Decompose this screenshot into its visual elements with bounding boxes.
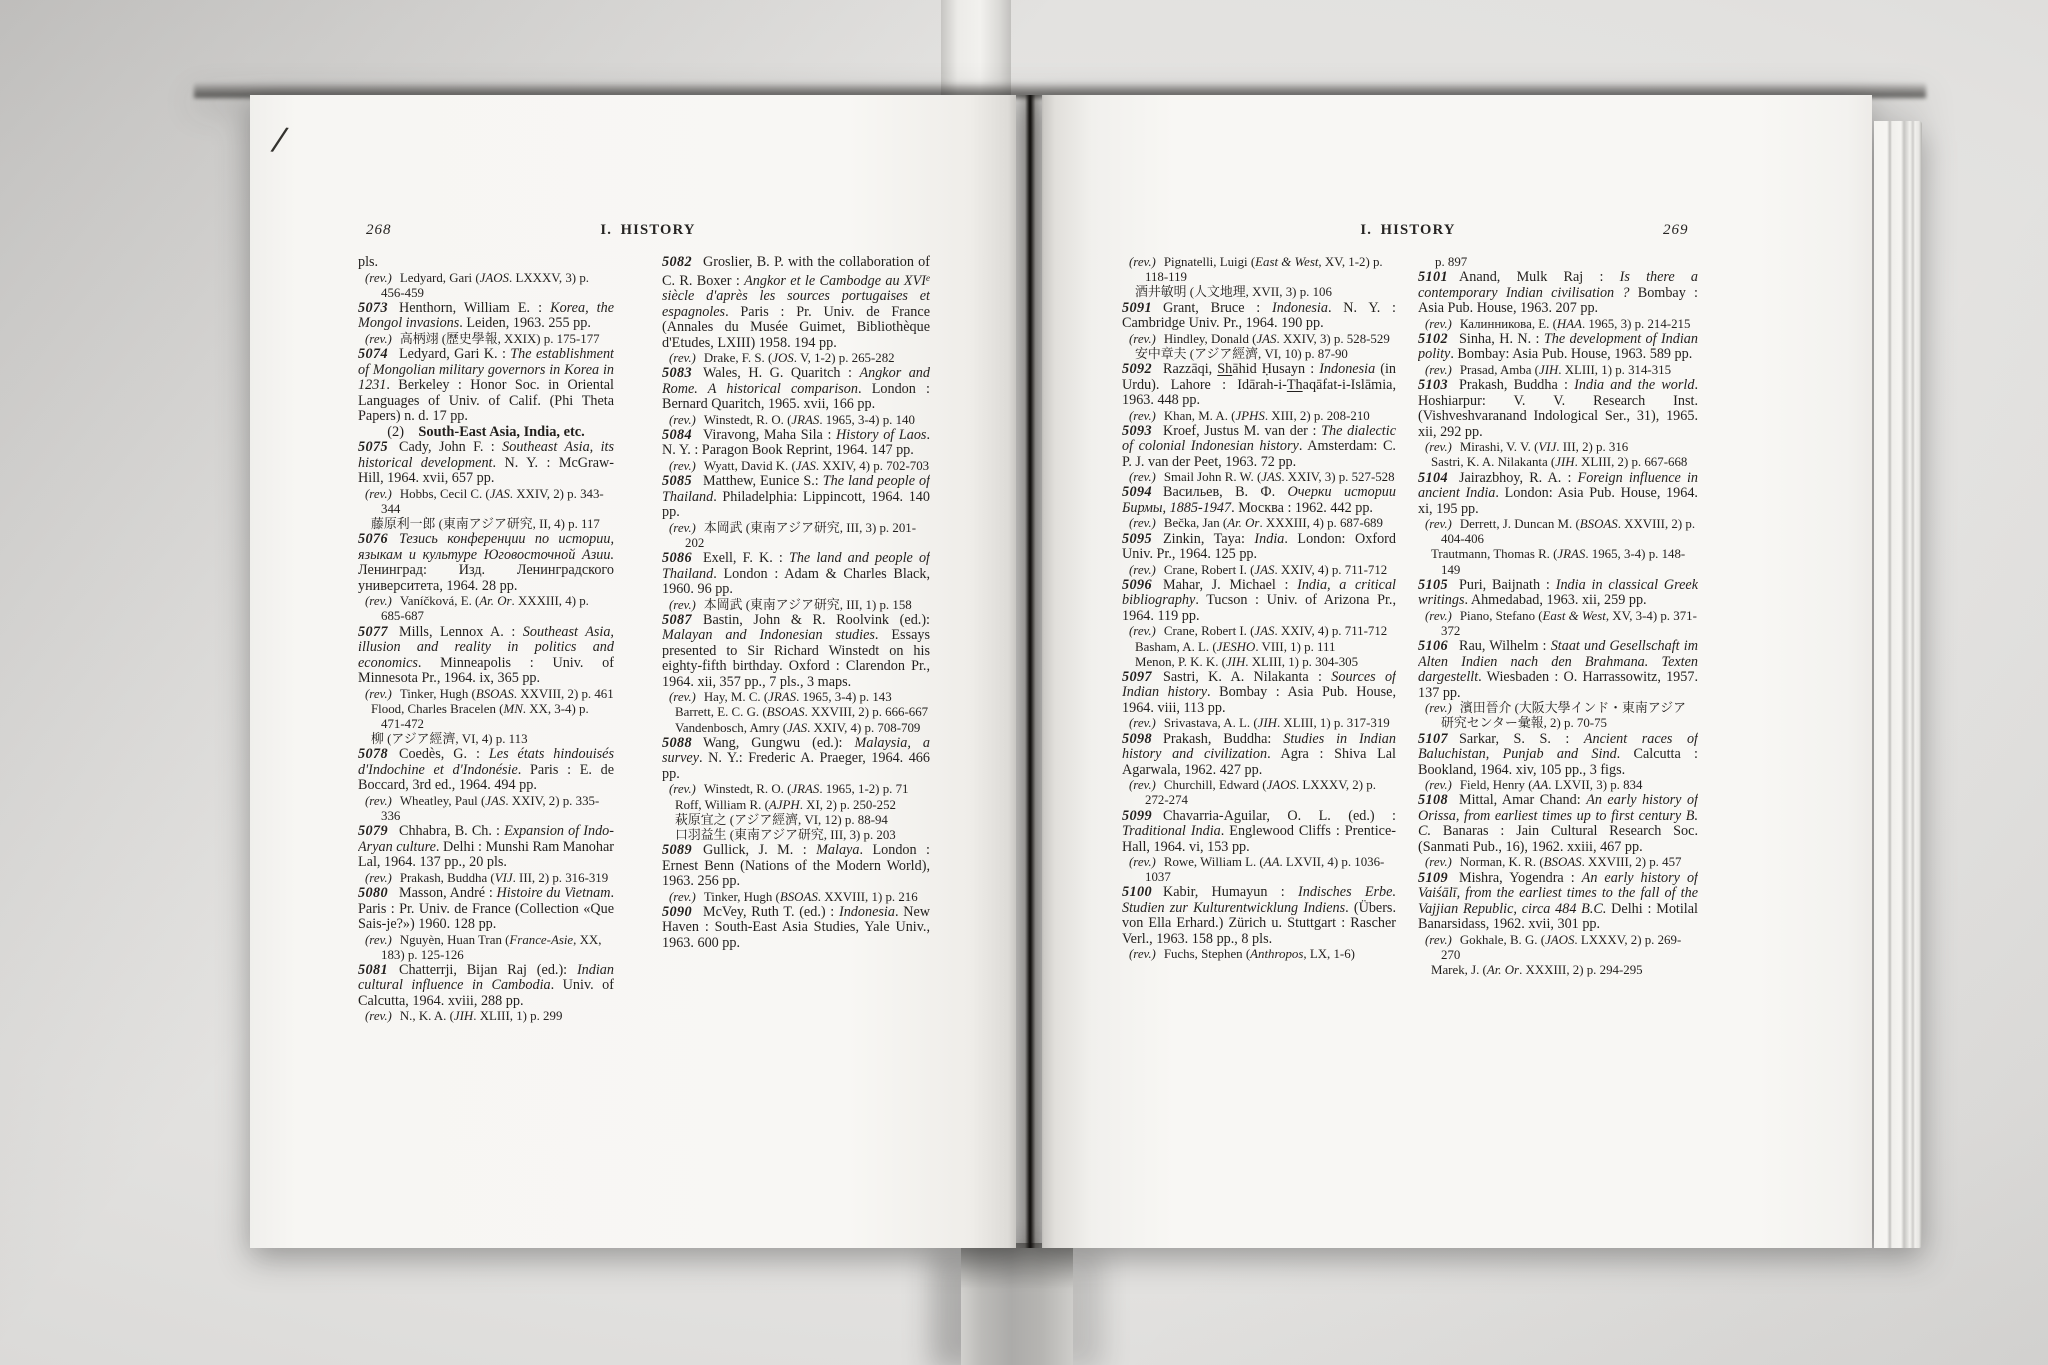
text-run: . 1965, 3) p. 214-215	[1582, 317, 1691, 331]
superscript-text: e	[926, 273, 930, 283]
bib-entry: 5106Rau, Wilhelm : Staat und Gesellschaf…	[1418, 639, 1698, 701]
entry-number: 5083	[662, 365, 692, 381]
text-run: . LXVII, 3) p. 834	[1548, 778, 1642, 792]
text-run: Wheatley, Paul (	[400, 794, 485, 808]
text-run: Ленинград: Изд. Ленинградского университ…	[358, 562, 614, 594]
underlined-text: Th	[1287, 377, 1303, 393]
text-run: , LX, 1-6)	[1303, 947, 1355, 961]
text-run: Ledyard, Gari (	[400, 271, 480, 285]
review-line: (rev.)Srivastava, A. L. (JIH. XLIII, 1) …	[1122, 716, 1396, 731]
page-number-right: 269	[1663, 222, 1689, 239]
text-run: . XXXIII, 4) p. 687-689	[1259, 516, 1383, 530]
rev-label: (rev.)	[1425, 440, 1452, 454]
title-italic: East & West	[1543, 609, 1606, 623]
text-run: . III, 2) p. 316-319	[513, 871, 609, 885]
entry-number: 5094	[1122, 484, 1152, 500]
rev-label: (rev.)	[365, 1009, 392, 1023]
review-line: (rev.)Gokhale, B. G. (JAOS. LXXXV, 2) p.…	[1418, 933, 1698, 963]
text-run: 高柄翊 (歷史學報, XXIX) p. 175-177	[400, 332, 600, 346]
title-italic: JIH	[1258, 716, 1277, 730]
bib-entry: 5094Васильев, В. Ф. Очерки истории Бирмы…	[1122, 485, 1396, 516]
text-run: Drake, F. S. (	[704, 351, 772, 365]
text-run: . 1965, 3-4) p. 143	[796, 690, 892, 704]
review-line-secondary: Barrett, E. C. G. (BSOAS. XXVIII, 2) p. …	[662, 705, 930, 720]
review-line: (rev.)Prasad, Amba (JIH. XLIII, 1) p. 31…	[1418, 363, 1698, 378]
entry-number: 5078	[358, 746, 388, 762]
text-run: Mittal, Amar Chand:	[1459, 792, 1586, 808]
title-italic: HAA	[1557, 317, 1582, 331]
rev-label: (rev.)	[365, 594, 392, 608]
title-italic: JAS	[485, 794, 505, 808]
text-run: 濱田晉介 (大阪大學インド・東南アジア研究センター彙報, 2) p. 70-75	[1441, 701, 1686, 730]
text-run: Prakash, Buddha:	[1163, 731, 1283, 747]
review-line: (rev.)Bečka, Jan (Ar. Or. XXXIII, 4) p. …	[1122, 516, 1396, 531]
rev-label: (rev.)	[669, 890, 696, 904]
review-line: (rev.)N., K. A. (JIH. XLIII, 1) p. 299	[358, 1009, 614, 1024]
review-line: (rev.)Churchill, Edward (JAOS. LXXXV, 2)…	[1122, 778, 1396, 808]
text-run: Srivastava, A. L. (	[1164, 716, 1258, 730]
entry-number: 5076	[358, 531, 388, 547]
rev-label: (rev.)	[365, 871, 392, 885]
entry-number: 5104	[1418, 470, 1448, 486]
title-italic: JAS	[1261, 470, 1281, 484]
bib-entry: 5108Mittal, Amar Chand: An early history…	[1418, 793, 1698, 855]
text-run: Basham, A. L. (	[1135, 640, 1217, 654]
rev-label: (rev.)	[1129, 470, 1156, 484]
text-run: Pignatelli, Luigi (	[1164, 255, 1255, 269]
text-run: Mills, Lennox A. :	[399, 624, 523, 640]
rev-label: (rev.)	[1129, 716, 1156, 730]
running-head-left: I. HISTORY	[573, 222, 723, 239]
review-line: (rev.)Drake, F. S. (JOS. V, 1-2) p. 265-…	[662, 351, 930, 366]
text-run: N., K. A. (	[400, 1009, 454, 1023]
text-run: Bastin, John & R. Roolvink (ed.):	[703, 612, 930, 628]
title-italic: JOS	[772, 351, 793, 365]
text-run: Winstedt, R. O. (	[704, 413, 792, 427]
page-header-right: I. HISTORY 269	[1042, 222, 1872, 244]
page-left-268: / 268 I. HISTORY pls.(rev.)Ledyard, Gari…	[250, 95, 1016, 1248]
title-italic: VIJ	[495, 871, 513, 885]
rev-label: (rev.)	[365, 794, 392, 808]
text-run: Prakash, Buddha :	[1459, 377, 1574, 393]
entry-number: 5103	[1418, 377, 1448, 393]
text-run: pls.	[358, 255, 378, 270]
bib-entry: 5092Razzāqi, Shāhid Ḥusayn : Indonesia (…	[1122, 362, 1396, 409]
title-italic: BSOAS	[476, 687, 514, 701]
text-run: Norman, K. R. (	[1460, 855, 1544, 869]
rev-label: (rev.)	[365, 487, 392, 501]
text-run: Gullick, J. M. :	[703, 842, 816, 858]
title-italic: AA	[1264, 855, 1280, 869]
title-italic: JRAS	[791, 782, 819, 796]
review-line-secondary: Vandenbosch, Amry (JAS. XXIV, 4) p. 708-…	[662, 721, 930, 736]
entry-number: 5088	[662, 735, 692, 751]
page-header-left: 268 I. HISTORY	[250, 222, 1016, 244]
text-run: Hindley, Donald (	[1164, 332, 1257, 346]
bib-entry: 5079Chhabra, B. Ch. : Expansion of Indo-…	[358, 824, 614, 871]
text-run: . VIII, 1) p. 111	[1255, 640, 1335, 654]
review-line: (rev.)Khan, M. A. (JPHS. XIII, 2) p. 208…	[1122, 409, 1396, 424]
entry-number: 5092	[1122, 361, 1152, 377]
text-run: Henthorn, William E. :	[399, 300, 550, 316]
text-run: (2)	[387, 424, 418, 440]
review-line-secondary: Sastri, K. A. Nilakanta (JIH. XLIII, 2) …	[1418, 455, 1698, 470]
title-italic: France-Asie	[509, 933, 573, 947]
entry-number: 5099	[1122, 808, 1152, 824]
text-run: āhid Ḥusayn :	[1232, 361, 1319, 377]
rev-label: (rev.)	[1425, 317, 1452, 331]
text-run: Gokhale, B. G. (	[1460, 933, 1545, 947]
rev-label: (rev.)	[1425, 363, 1452, 377]
bib-entry: 5085Matthew, Eunice S.: The land people …	[662, 474, 930, 521]
text-run: Masson, André :	[399, 885, 497, 901]
title-italic: JRAS	[1557, 547, 1585, 561]
text-run: Bečka, Jan (	[1164, 516, 1227, 530]
text-run: . XXIV, 4) p. 702-703	[816, 459, 929, 473]
entry-number: 5097	[1122, 669, 1152, 685]
text-run: Sarkar, S. S. :	[1459, 731, 1584, 747]
title-italic: JIH	[454, 1009, 473, 1023]
title-italic: Indonesia	[1272, 300, 1328, 316]
bib-entry: 5100Kabir, Humayun : Indisches Erbe. Stu…	[1122, 885, 1396, 947]
entry-number: 5074	[358, 346, 388, 362]
title-italic: JAOS	[1545, 933, 1574, 947]
title-italic: JAS	[1256, 332, 1276, 346]
text-run: . XXIV, 4) p. 711-712	[1274, 563, 1387, 577]
entry-number: 5077	[358, 624, 388, 640]
text-run: Marek, J. (	[1431, 963, 1487, 977]
rev-label: (rev.)	[1129, 947, 1156, 961]
entry-number: 5086	[662, 550, 692, 566]
title-italic: JESHO	[1217, 640, 1256, 654]
title-italic: AJPH	[769, 798, 800, 812]
text-run: Chavarria-Aguilar, O. L. (ed.) :	[1163, 808, 1396, 824]
text-run: . XLIII, 1) p. 314-315	[1558, 363, 1671, 377]
rev-label: (rev.)	[1129, 332, 1156, 346]
rev-label: (rev.)	[365, 933, 392, 947]
entry-number: 5079	[358, 823, 388, 839]
title-italic: JIH	[1539, 363, 1558, 377]
title-italic: JIH	[1555, 455, 1574, 469]
text-run: Grant, Bruce :	[1163, 300, 1272, 316]
entry-number: 5102	[1418, 331, 1448, 347]
review-line: (rev.)Hindley, Donald (JAS. XXIV, 3) p. …	[1122, 332, 1396, 347]
text-run: Derrett, J. Duncan M. (	[1460, 517, 1580, 531]
text-run: Vandenbosch, Amry (	[675, 721, 787, 735]
bib-entry: 5101Anand, Mulk Raj : Is there a contemp…	[1418, 270, 1698, 317]
entry-number: 5093	[1122, 423, 1152, 439]
bib-entry: 5091Grant, Bruce : Indonesia. N. Y. : Ca…	[1122, 301, 1396, 332]
review-line: (rev.)濱田晉介 (大阪大學インド・東南アジア研究センター彙報, 2) p.…	[1418, 701, 1698, 731]
text-run: 萩原宜之 (アジア經濟, VI, 12) p. 88-94	[675, 813, 888, 827]
text-run: Mahar, J. Michael :	[1163, 577, 1297, 593]
review-line-secondary: Flood, Charles Bracelen (MN. XX, 3-4) p.…	[358, 702, 614, 732]
text-run: Banaras : Jain Cultural Research Soc. (S…	[1418, 823, 1698, 855]
review-line: (rev.)Prakash, Buddha (VIJ. III, 2) p. 3…	[358, 871, 614, 886]
rev-label: (rev.)	[669, 413, 696, 427]
bold-text: South-East Asia, India, etc.	[418, 424, 584, 440]
entry-number: 5087	[662, 612, 692, 628]
bib-entry: 5102Sinha, H. N. : The development of In…	[1418, 332, 1698, 363]
entry-number: 5081	[358, 962, 388, 978]
bib-entry: 5107Sarkar, S. S. : Ancient races of Bal…	[1418, 732, 1698, 779]
text-run: Churchill, Edward (	[1164, 778, 1267, 792]
title-italic: JAS	[1254, 624, 1274, 638]
entry-number: 5073	[358, 300, 388, 316]
entry-number: 5084	[662, 427, 692, 443]
rev-label: (rev.)	[1129, 855, 1156, 869]
text-run: Razzāqi,	[1163, 361, 1217, 377]
review-line-secondary: Marek, J. (Ar. Or. XXXIII, 2) p. 294-295	[1418, 963, 1698, 978]
bib-entry: 5097Sastri, K. A. Nilakanta : Sources of…	[1122, 670, 1396, 717]
text-run: Mirashi, V. V. (	[1460, 440, 1539, 454]
review-line-secondary: 柳 (アジア經濟, VI, 4) p. 113	[358, 732, 614, 747]
text-run: 藤原利一郎 (東南アジア研究, II, 4) p. 117	[371, 517, 600, 531]
title-italic: JAS	[796, 459, 816, 473]
review-line: (rev.)Crane, Robert I. (JAS. XXIV, 4) p.…	[1122, 563, 1396, 578]
bib-entry: 5077Mills, Lennox A. : Southeast Asia, i…	[358, 625, 614, 687]
title-italic: JAS	[490, 487, 510, 501]
text-column-4: p. 8975101Anand, Mulk Raj : Is there a c…	[1418, 255, 1698, 1205]
running-head-right: I. HISTORY	[1333, 222, 1483, 239]
review-line: (rev.)Fuchs, Stephen (Anthropos, LX, 1-6…	[1122, 947, 1396, 962]
entry-number: 5090	[662, 904, 692, 920]
text-run: Flood, Charles Bracelen (	[371, 702, 503, 716]
text-run: 酒井敏明 (人文地理, XVII, 3) p. 106	[1135, 285, 1332, 299]
text-run: Sinha, H. N. :	[1459, 331, 1544, 347]
text-run: . Bombay: Asia Pub. House, 1963. 589 pp.	[1450, 346, 1692, 362]
text-run: . 1965, 1-2) p. 71	[819, 782, 908, 796]
review-line: (rev.)Hay, M. C. (JRAS. 1965, 3-4) p. 14…	[662, 690, 930, 705]
bib-entry: 5087Bastin, John & R. Roolvink (ed.): Ma…	[662, 613, 930, 691]
bib-entry: 5089Gullick, J. M. : Malaya. London : Er…	[662, 843, 930, 890]
text-run: . III, 2) p. 316	[1556, 440, 1628, 454]
review-line: (rev.)Hobbs, Cecil C. (JAS. XXIV, 2) p. …	[358, 487, 614, 517]
title-italic: JIH	[1226, 655, 1245, 669]
bib-entry: 5081Chatterrji, Bijan Raj (ed.): Indian …	[358, 963, 614, 1010]
title-italic: JAS	[787, 721, 807, 735]
text-run: . XLIII, 1) p. 299	[473, 1009, 562, 1023]
text-run: Cady, John F. :	[399, 439, 502, 455]
title-italic: Ar. Or	[1227, 516, 1259, 530]
underlined-text: Sh	[1217, 361, 1232, 377]
title-italic: Ar. Or	[1487, 963, 1519, 977]
review-line: (rev.)Winstedt, R. O. (JRAS. 1965, 1-2) …	[662, 782, 930, 797]
bib-entry: 5075Cady, John F. : Southeast Asia, its …	[358, 440, 614, 487]
review-line: (rev.)Vaníčková, E. (Ar. Or. XXXIII, 4) …	[358, 594, 614, 624]
text-run: Matthew, Eunice S.:	[703, 473, 823, 489]
open-book: / 268 I. HISTORY pls.(rev.)Ledyard, Gari…	[198, 95, 1922, 1248]
title-italic: JRAS	[768, 690, 796, 704]
text-run: Васильев, В. Ф.	[1163, 484, 1288, 500]
rev-label: (rev.)	[1129, 255, 1156, 269]
text-run: . XXIV, 4) p. 708-709	[807, 721, 920, 735]
rev-label: (rev.)	[669, 598, 696, 612]
text-run: . Ahmedabad, 1963. xii, 259 pp.	[1465, 592, 1647, 608]
page-number-left: 268	[366, 222, 392, 239]
bib-entry: 5098Prakash, Buddha: Studies in Indian h…	[1122, 732, 1396, 779]
rev-label: (rev.)	[669, 690, 696, 704]
review-line: (rev.)Ledyard, Gari (JAOS. LXXXV, 3) p. …	[358, 271, 614, 301]
bib-entry: 5083Wales, H. G. Quaritch : Angkor and R…	[662, 366, 930, 413]
book-gutter-shadow	[1016, 95, 1044, 1248]
title-italic: BSOAS	[1580, 517, 1618, 531]
review-line: (rev.)Derrett, J. Duncan M. (BSOAS. XXVI…	[1418, 517, 1698, 547]
title-italic: JAOS	[1267, 778, 1296, 792]
entry-number: 5101	[1418, 269, 1448, 285]
bib-entry: 5103Prakash, Buddha : India and the worl…	[1418, 378, 1698, 440]
review-line: (rev.)Norman, K. R. (BSOAS. XXVIII, 2) p…	[1418, 855, 1698, 870]
text-run: Rau, Wilhelm :	[1459, 638, 1551, 654]
text-run: Prasad, Amba (	[1460, 363, 1539, 377]
page-edges-right	[1874, 121, 1922, 1248]
bib-entry: 5076Тезись конференции по истории, языка…	[358, 532, 614, 594]
text-run: Khan, M. A. (	[1164, 409, 1236, 423]
text-run: Chhabra, B. Ch. :	[399, 823, 504, 839]
rev-label: (rev.)	[1425, 933, 1452, 947]
entry-number: 5085	[662, 473, 692, 489]
text-run: . XI, 2) p. 250-252	[800, 798, 896, 812]
text-run: 柳 (アジア經濟, VI, 4) p. 113	[371, 732, 528, 746]
book-photo-scene: / 268 I. HISTORY pls.(rev.)Ledyard, Gari…	[0, 0, 2048, 1365]
review-line: (rev.)Nguyèn, Huan Tran (France-Asie, XX…	[358, 933, 614, 963]
text-run: Jairazbhoy, R. A. :	[1459, 470, 1578, 486]
title-italic: East & West	[1255, 255, 1318, 269]
rev-label: (rev.)	[669, 351, 696, 365]
text-run: Hobbs, Cecil C. (	[400, 487, 490, 501]
rev-label: (rev.)	[365, 271, 392, 285]
rev-label: (rev.)	[365, 332, 392, 346]
title-italic: India	[1254, 531, 1284, 547]
review-line: (rev.)Wheatley, Paul (JAS. XXIV, 2) p. 3…	[358, 794, 614, 824]
title-italic: Indonesia	[1319, 361, 1375, 377]
entry-number: 5095	[1122, 531, 1152, 547]
entry-number: 5091	[1122, 300, 1152, 316]
review-line-secondary: Trautmann, Thomas R. (JRAS. 1965, 3-4) p…	[1418, 547, 1698, 577]
text-run: Vaníčková, E. (	[400, 594, 479, 608]
text-run: Crane, Robert I. (	[1164, 563, 1255, 577]
rev-label: (rev.)	[669, 782, 696, 796]
text-column-3: (rev.)Pignatelli, Luigi (East & West, XV…	[1122, 255, 1396, 1205]
title-italic: Malayan and Indonesian studies	[662, 627, 875, 643]
title-italic: VIJ	[1538, 440, 1556, 454]
entry-number: 5082	[662, 255, 692, 270]
text-run: Viravong, Maha Sila :	[703, 427, 836, 443]
title-italic: History of Laos	[836, 427, 926, 443]
text-run: McVey, Ruth T. (ed.) :	[703, 904, 839, 920]
review-line-secondary: 萩原宜之 (アジア經濟, VI, 12) p. 88-94	[662, 813, 930, 828]
text-run: Zinkin, Taya:	[1163, 531, 1254, 547]
text-run: Kabir, Humayun :	[1163, 884, 1298, 900]
text-run: . XXIV, 4) p. 711-712	[1274, 624, 1387, 638]
title-italic: AA	[1533, 778, 1549, 792]
text-run: . XXVIII, 1) p. 216	[818, 890, 918, 904]
text-run: Hay, M. C. (	[704, 690, 768, 704]
text-run: . XXXIII, 2) p. 294-295	[1519, 963, 1643, 977]
entry-number: 5109	[1418, 870, 1448, 886]
text-run: Fuchs, Stephen (	[1164, 947, 1250, 961]
review-line-secondary: 藤原利一郎 (東南アジア研究, II, 4) p. 117	[358, 517, 614, 532]
entry-number: 5080	[358, 885, 388, 901]
title-italic: Angkor et le Cambodge au XVI	[744, 273, 926, 289]
rev-label: (rev.)	[1425, 609, 1452, 623]
section-heading: (2) South-East Asia, India, etc.	[358, 425, 614, 441]
bib-entry: 5084Viravong, Maha Sila : History of Lao…	[662, 428, 930, 459]
review-line: (rev.)Piano, Stefano (East & West, XV, 3…	[1418, 609, 1698, 639]
bib-entry: 5082Groslier, B. P. with the collaborati…	[662, 255, 930, 351]
text-run: . V, 1-2) p. 265-282	[794, 351, 895, 365]
text-run: Sastri, K. A. Nilakanta (	[1431, 455, 1555, 469]
text-run: . XLIII, 1) p. 317-319	[1277, 716, 1390, 730]
entry-number: 5075	[358, 439, 388, 455]
text-run: Chatterrji, Bijan Raj (ed.):	[399, 962, 577, 978]
entry-number: 5107	[1418, 731, 1448, 747]
bib-entry: 5073Henthorn, William E. : Korea, the Mo…	[358, 301, 614, 332]
review-line: (rev.)本岡武 (東南アジア研究, III, 3) p. 201-202	[662, 521, 930, 551]
text-run: Mishra, Yogendra :	[1459, 870, 1582, 886]
text-run: . XXVIII, 2) p. 457	[1582, 855, 1682, 869]
bib-entry: 5080Masson, André : Histoire du Vietnam.…	[358, 886, 614, 933]
text-run: Trautmann, Thomas R. (	[1431, 547, 1557, 561]
title-italic: BSOAS	[767, 705, 805, 719]
rev-label: (rev.)	[1425, 778, 1452, 792]
page-right-269: I. HISTORY 269 (rev.)Pignatelli, Luigi (…	[1042, 95, 1872, 1248]
bib-entry: 5086Exell, F. K. : The land and people o…	[662, 551, 930, 598]
bib-entry: 5078Coedès, G. : Les états hindouisés d'…	[358, 747, 614, 794]
rev-label: (rev.)	[1129, 624, 1156, 638]
entry-number: 5100	[1122, 884, 1152, 900]
book-spine-bottom	[961, 1243, 1073, 1365]
bib-entry: 5074Ledyard, Gari K. : The establishment…	[358, 347, 614, 425]
text-run: Barrett, E. C. G. (	[675, 705, 767, 719]
text-run: Tinker, Hugh (	[400, 687, 476, 701]
review-line: (rev.)Rowe, William L. (AA. LXVII, 4) p.…	[1122, 855, 1396, 885]
text-run: . XIII, 2) p. 208-210	[1265, 409, 1370, 423]
title-italic: Traditional India	[1122, 823, 1221, 839]
review-continuation: p. 897	[1418, 255, 1698, 270]
title-italic: Histoire du Vietnam	[497, 885, 611, 901]
bib-entry: 5109Mishra, Yogendra : An early history …	[1418, 871, 1698, 933]
review-line: (rev.)Field, Henry (AA. LXVII, 3) p. 834	[1418, 778, 1698, 793]
title-italic: Ar. Or	[479, 594, 511, 608]
text-run: Crane, Robert I. (	[1164, 624, 1255, 638]
text-run: Smail John R. W. (	[1164, 470, 1261, 484]
text-run: . XXIV, 3) p. 527-528	[1281, 470, 1394, 484]
rev-label: (rev.)	[1425, 855, 1452, 869]
title-italic: JAOS	[480, 271, 509, 285]
review-line: (rev.)高柄翊 (歷史學報, XXIX) p. 175-177	[358, 332, 614, 347]
bib-entry: 5105Puri, Baijnath : India in classical …	[1418, 578, 1698, 609]
review-line: (rev.)Калинникова, Е. (HAA. 1965, 3) p. …	[1418, 317, 1698, 332]
review-line: (rev.)Wyatt, David K. (JAS. XXIV, 4) p. …	[662, 459, 930, 474]
text-run: Anand, Mulk Raj :	[1459, 269, 1620, 285]
bib-entry: 5099Chavarria-Aguilar, O. L. (ed.) : Tra…	[1122, 809, 1396, 856]
title-italic: BSOAS	[1544, 855, 1582, 869]
text-run: . Москва : 1962. 442 pp.	[1231, 500, 1373, 516]
rev-label: (rev.)	[1129, 516, 1156, 530]
text-run: . Berkeley : Honor Soc. in Oriental Lang…	[358, 377, 614, 424]
text-run: Exell, F. K. :	[703, 550, 789, 566]
title-italic: JRAS	[791, 413, 819, 427]
text-run: Roff, William R. (	[675, 798, 769, 812]
title-italic: Тезись конференции по истории, языкам и …	[358, 531, 614, 563]
entry-number: 5108	[1418, 792, 1448, 808]
bib-entry: 5104Jairazbhoy, R. A. : Foreign influenc…	[1418, 471, 1698, 518]
review-line: (rev.)Winstedt, R. O. (JRAS. 1965, 3-4) …	[662, 413, 930, 428]
entry-number: 5106	[1418, 638, 1448, 654]
text-run: . XXVIII, 2) p. 666-667	[805, 705, 929, 719]
title-italic: JPHS	[1235, 409, 1264, 423]
